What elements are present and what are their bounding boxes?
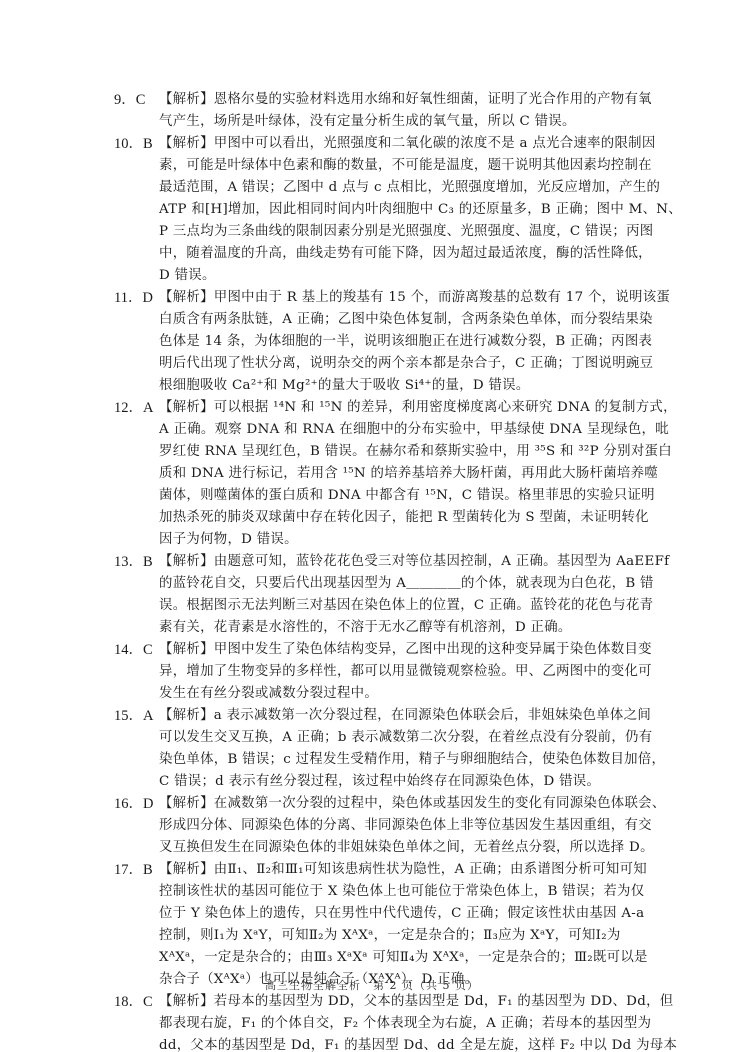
answer-number: 15．A	[114, 705, 159, 727]
answer-number: 12．A	[114, 397, 159, 419]
explanation-line: ATP 和[H]增加，因此相同时间内叶肉细胞中 C₃ 的还原量多，B 正确；图中…	[159, 199, 682, 221]
explanation-line: 【解析】由Ⅱ₁、Ⅱ₂和Ⅲ₁可知该患病性状为隐性，A 正确；由系谱图分析可知可知	[159, 859, 648, 881]
explanation-line: C 错误；d 表示有丝分裂过程，该过程中始终存在同源染色体，D 错误。	[159, 771, 665, 793]
explanation-line: 【解析】甲图中由于 R 基上的羧基有 15 个，而游离羧基的总数有 17 个，说…	[159, 287, 670, 309]
answer-item: 14．C【解析】甲图中发生了染色体结构变异，乙图中出现的这种变异属于染色体数目变…	[114, 639, 634, 705]
explanation-line: 叉互换但发生在同源染色体的非姐妹染色单体之间，无着丝点分裂，所以选择 D。	[159, 837, 666, 859]
explanation-line: 【解析】a 表示减数第一次分裂过程，在同源染色体联会后，非姐妹染色单体之间	[159, 705, 665, 727]
answer-explanation: 【解析】在减数第一次分裂的过程中，染色体或基因发生的变化有同源染色体联会、形成四…	[159, 793, 666, 859]
answer-item: 18．C【解析】若母本的基因型为 DD，父本的基因型是 Dd，F₁ 的基因型为 …	[114, 991, 634, 1052]
answer-item: 15．A【解析】a 表示减数第一次分裂过程，在同源染色体联会后，非姐妹染色单体之…	[114, 705, 634, 793]
answer-number: 9．C	[114, 89, 159, 111]
answer-number: 18．C	[114, 991, 159, 1013]
answer-item: 11．D【解析】甲图中由于 R 基上的羧基有 15 个，而游离羧基的总数有 17…	[114, 287, 634, 397]
explanation-line: 控制该性状的基因可能位于 X 染色体上也可能位于常染色体上，B 错误；若为仅	[159, 881, 648, 903]
explanation-line: 异，增加了生物变异的多样性，都可以用显微镜观察检验。甲、乙两图中的变化可	[159, 661, 652, 683]
explanation-line: 中，随着温度的升高，曲线走势有可能下降，因为超过最适浓度，酶的活性降低，	[159, 243, 682, 265]
explanation-line: 【解析】甲图中发生了染色体结构变异，乙图中出现的这种变异属于染色体数目变	[159, 639, 652, 661]
explanation-line: 气产生，场所是叶绿体，没有定量分析生成的氧气量，所以 C 错误。	[159, 111, 652, 133]
answer-number: 11．D	[114, 287, 159, 309]
explanation-line: 误。根据图示无法判断三对基因在染色体上的位置，C 正确。蓝铃花的花色与花青	[159, 595, 669, 617]
explanation-line: 菌体，则噬菌体的蛋白质和 DNA 中都含有 ¹⁵N，C 错误。格里菲思的实验只证…	[159, 485, 677, 507]
explanation-line: 控制，则Ⅰ₁为 XᵃY，可知Ⅱ₂为 XᴬXᵃ，一定是杂合的；Ⅱ₃应为 XᵃY，可…	[159, 925, 648, 947]
explanation-line: 【解析】在减数第一次分裂的过程中，染色体或基因发生的变化有同源染色体联会、	[159, 793, 666, 815]
explanation-line: 根细胞吸收 Ca²⁺和 Mg²⁺的量大于吸收 Si⁴⁺的量，D 错误。	[159, 375, 670, 397]
answer-number: 17．B	[114, 859, 159, 881]
answer-explanation: 【解析】甲图中发生了染色体结构变异，乙图中出现的这种变异属于染色体数目变异，增加…	[159, 639, 652, 705]
explanation-line: 质和 DNA 进行标记，若用含 ¹⁵N 的培养基培养大肠杆菌，再用此大肠杆菌培养…	[159, 463, 677, 485]
explanation-line: 因子为何物，D 错误。	[159, 529, 677, 551]
explanation-line: 都表现右旋，F₁ 的个体自交，F₂ 个体表现全为右旋，A 正确；若母本的基因型为	[159, 1013, 677, 1035]
answer-explanation: 【解析】由题意可知，蓝铃花花色受三对等位基因控制，A 正确。基因型为 AaEEF…	[159, 551, 669, 639]
explanation-line: 的蓝铃花自交，只要后代出现基因型为 A＿＿＿＿的个体，就表现为白色花，B 错	[159, 573, 669, 595]
explanation-line: 素，可能是叶绿体中色素和酶的数量，不可能是温度，题干说明其他因素均控制在	[159, 155, 682, 177]
explanation-line: 【解析】可以根据 ¹⁴N 和 ¹⁵N 的差异，利用密度梯度离心来研究 DNA 的…	[159, 397, 677, 419]
answer-number: 14．C	[114, 639, 159, 661]
explanation-line: 【解析】由题意可知，蓝铃花花色受三对等位基因控制，A 正确。基因型为 AaEEF…	[159, 551, 669, 573]
answer-item: 16．D【解析】在减数第一次分裂的过程中，染色体或基因发生的变化有同源染色体联会…	[114, 793, 634, 859]
explanation-line: D 错误。	[159, 265, 682, 287]
answer-explanation: 【解析】恩格尔曼的实验材料选用水绵和好氧性细菌，证明了光合作用的产物有氧气产生，…	[159, 89, 652, 133]
explanation-line: 位于 Y 染色体上的遗传，只在男性中代代遗传，C 正确；假定该性状由基因 A-a	[159, 903, 648, 925]
answer-item: 10．B【解析】甲图中可以看出，光照强度和二氧化碳的浓度不是 a 点光合速率的限…	[114, 133, 634, 287]
explanation-line: 最适范围，A 错误；乙图中 d 点与 c 点相比，光照强度增加，光反应增加，产生…	[159, 177, 682, 199]
explanation-line: 罗红使 RNA 呈现红色，B 错误。在赫尔希和蔡斯实验中，用 ³⁵S 和 ³²P…	[159, 441, 677, 463]
page-footer: 高三生物全解全析 第 2 页（共 5 页）	[0, 977, 744, 993]
explanation-line: 加热杀死的肺炎双球菌中存在转化因子，能把 R 型菌转化为 S 型菌，未证明转化	[159, 507, 677, 529]
answer-item: 13．B【解析】由题意可知，蓝铃花花色受三对等位基因控制，A 正确。基因型为 A…	[114, 551, 634, 639]
answer-explanation: 【解析】可以根据 ¹⁴N 和 ¹⁵N 的差异，利用密度梯度离心来研究 DNA 的…	[159, 397, 677, 551]
answer-explanation: 【解析】若母本的基因型为 DD，父本的基因型是 Dd，F₁ 的基因型为 DD、D…	[159, 991, 677, 1052]
explanation-line: 【解析】若母本的基因型为 DD，父本的基因型是 Dd，F₁ 的基因型为 DD、D…	[159, 991, 677, 1013]
explanation-line: 发生在有丝分裂或减数分裂过程中。	[159, 683, 652, 705]
explanation-line: dd，父本的基因型是 Dd，F₁ 的基因型 Dd、dd 全是左旋，这样 F₂ 中…	[159, 1035, 677, 1052]
answer-explanation: 【解析】甲图中可以看出，光照强度和二氧化碳的浓度不是 a 点光合速率的限制因素，…	[159, 133, 682, 287]
answer-item: 17．B【解析】由Ⅱ₁、Ⅱ₂和Ⅲ₁可知该患病性状为隐性，A 正确；由系谱图分析可…	[114, 859, 634, 991]
answer-explanation: 【解析】甲图中由于 R 基上的羧基有 15 个，而游离羧基的总数有 17 个，说…	[159, 287, 670, 397]
explanation-line: 【解析】恩格尔曼的实验材料选用水绵和好氧性细菌，证明了光合作用的产物有氧	[159, 89, 652, 111]
answer-item: 12．A【解析】可以根据 ¹⁴N 和 ¹⁵N 的差异，利用密度梯度离心来研究 D…	[114, 397, 634, 551]
answer-explanation: 【解析】a 表示减数第一次分裂过程，在同源染色体联会后，非姐妹染色单体之间可以发…	[159, 705, 665, 793]
explanation-line: 白质含有两条肽链，A 正确；乙图中染色体复制，含两条染色单体，而分裂结果染	[159, 309, 670, 331]
answer-number: 16．D	[114, 793, 159, 815]
explanation-line: 可以发生交叉互换，A 正确；b 表示减数第二次分裂，在着丝点没有分裂前，仍有	[159, 727, 665, 749]
document-page: 9．C【解析】恩格尔曼的实验材料选用水绵和好氧性细菌，证明了光合作用的产物有氧气…	[0, 0, 744, 1052]
explanation-line: P 三点均为三条曲线的限制因素分别是光照强度、光照强度、温度，C 错误；丙图	[159, 221, 682, 243]
explanation-line: 明后代出现了性状分离，说明杂交的两个亲本都是杂合子，C 正确；丁图说明豌豆	[159, 353, 670, 375]
explanation-line: 【解析】甲图中可以看出，光照强度和二氧化碳的浓度不是 a 点光合速率的限制因	[159, 133, 682, 155]
explanation-line: 形成四分体、同源染色体的分离、非同源染色体上非等位基因发生基因重组，有交	[159, 815, 666, 837]
explanation-line: XᴬXᵃ，一定是杂合的；由Ⅲ₃ XᵃXᵃ 可知Ⅱ₄为 XᴬXᵃ，一定是杂合的；Ⅲ…	[159, 947, 648, 969]
explanation-line: 染色单体，B 错误；c 过程发生受精作用，精子与卵细胞结合，使染色体数目加倍，	[159, 749, 665, 771]
answer-list: 9．C【解析】恩格尔曼的实验材料选用水绵和好氧性细菌，证明了光合作用的产物有氧气…	[114, 89, 634, 1052]
answer-explanation: 【解析】由Ⅱ₁、Ⅱ₂和Ⅲ₁可知该患病性状为隐性，A 正确；由系谱图分析可知可知控…	[159, 859, 648, 991]
answer-item: 9．C【解析】恩格尔曼的实验材料选用水绵和好氧性细菌，证明了光合作用的产物有氧气…	[114, 89, 634, 133]
explanation-line: 色体是 14 条，为体细胞的一半，说明该细胞正在进行减数分裂，B 正确；丙图表	[159, 331, 670, 353]
explanation-line: A 正确。观察 DNA 和 RNA 在细胞中的分布实验中，甲基绿使 DNA 呈现…	[159, 419, 677, 441]
explanation-line: 素有关，花青素是水溶性的，不溶于无水乙醇等有机溶剂，D 正确。	[159, 617, 669, 639]
answer-number: 13．B	[114, 551, 159, 573]
answer-number: 10．B	[114, 133, 159, 155]
